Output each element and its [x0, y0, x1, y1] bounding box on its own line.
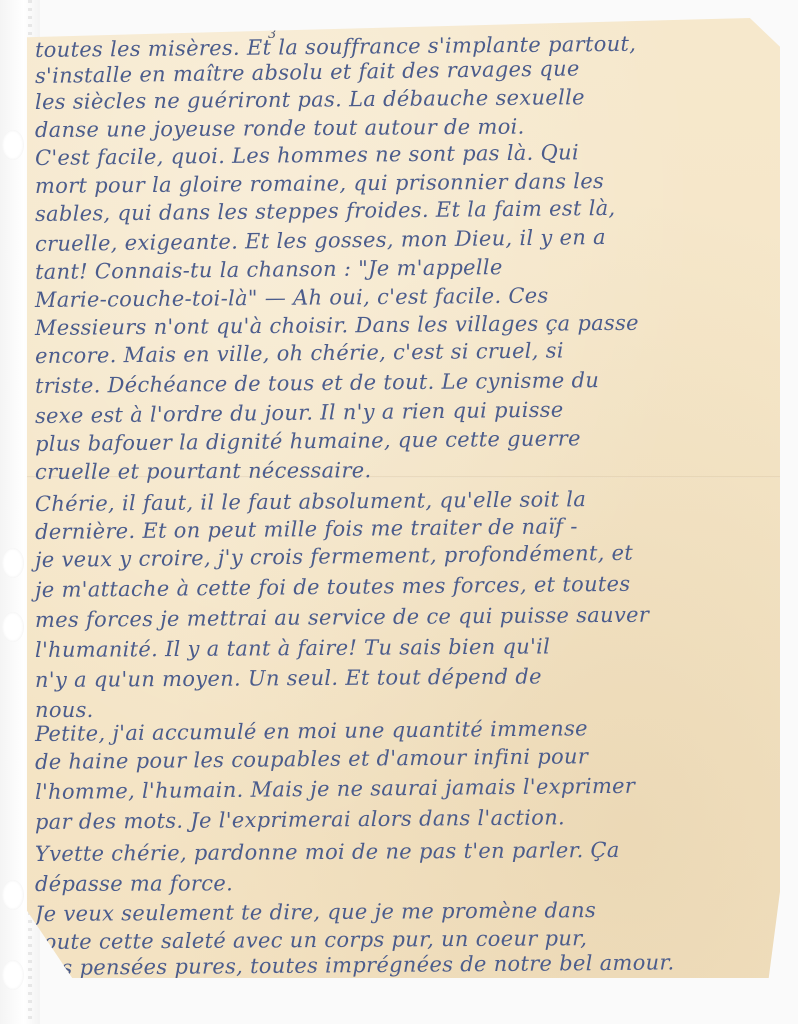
binder-hole: [2, 960, 24, 990]
text-line: sables, qui dans les steppes froides. Et…: [35, 196, 616, 226]
text-line: nous.: [35, 698, 94, 722]
text-line: mes forces je mettrai au service de ce q…: [35, 603, 649, 632]
text-line: toute cette saleté avec un corps pur, un…: [35, 926, 587, 954]
text-line: par des mots. Je l'exprimerai alors dans…: [35, 805, 565, 834]
text-line: mort pour la gloire romaine, qui prisonn…: [35, 169, 604, 198]
text-line: danse une joyeuse ronde tout autour de m…: [35, 115, 525, 142]
scanned-page: 3 toutes les misères. Et la souffrance s…: [0, 0, 798, 1024]
letter-paper: 3 toutes les misères. Et la souffrance s…: [27, 18, 780, 978]
text-line: encore. Mais en ville, oh chérie, c'est …: [35, 338, 564, 368]
text-line: Marie-couche-toi-là" — Ah oui, c'est fac…: [35, 284, 549, 312]
text-line: je m'attache à cette foi de toutes mes f…: [35, 572, 631, 602]
handwritten-text: toutes les misères. Et la souffrance s'i…: [27, 18, 780, 978]
text-line: de haine pour les coupables et d'amour i…: [35, 744, 588, 774]
text-line: cruelle, exigeante. Et les gosses, mon D…: [35, 225, 606, 256]
text-line: tant! Connais-tu la chanson : "Je m'appe…: [35, 255, 503, 284]
binder-hole: [2, 612, 24, 642]
binder-hole: [2, 548, 24, 578]
text-line: plus bafouer la dignité humaine, que cet…: [35, 426, 581, 456]
text-line: Je veux seulement te dire, que je me pro…: [35, 898, 596, 926]
text-line: Petite, j'ai accumulé en moi une quantit…: [35, 716, 588, 746]
text-line: les siècles ne guériront pas. La débauch…: [35, 85, 585, 114]
text-line: l'humanité. Il y a tant à faire! Tu sais…: [35, 634, 550, 662]
binder-hole: [2, 130, 24, 160]
text-line: des pensées pures, toutes imprégnées de …: [35, 950, 675, 980]
binder-hole: [2, 880, 24, 910]
text-line: Messieurs n'ont qu'à choisir. Dans les v…: [35, 311, 639, 340]
text-line: je veux y croire, j'y crois fermement, p…: [35, 541, 633, 572]
text-line: triste. Déchéance de tous et de tout. Le…: [35, 368, 599, 398]
text-line: l'homme, l'humain. Mais je ne saurai jam…: [35, 774, 635, 804]
text-line: C'est facile, quoi. Les hommes ne sont p…: [35, 140, 579, 170]
text-line: sexe est à l'ordre du jour. Il n'y a rie…: [35, 398, 564, 428]
text-line: dernière. Et on peut mille fois me trait…: [35, 514, 578, 544]
text-line: n'y a qu'un moyen. Un seul. Et tout dépe…: [35, 664, 542, 692]
burn-mark: [282, 14, 342, 26]
text-line: dépasse ma force.: [35, 871, 233, 896]
text-line: Chérie, il faut, il le faut absolument, …: [35, 487, 586, 516]
text-line: cruelle et pourtant nécessaire.: [35, 458, 372, 484]
text-line: Yvette chérie, pardonne moi de ne pas t'…: [35, 838, 620, 866]
